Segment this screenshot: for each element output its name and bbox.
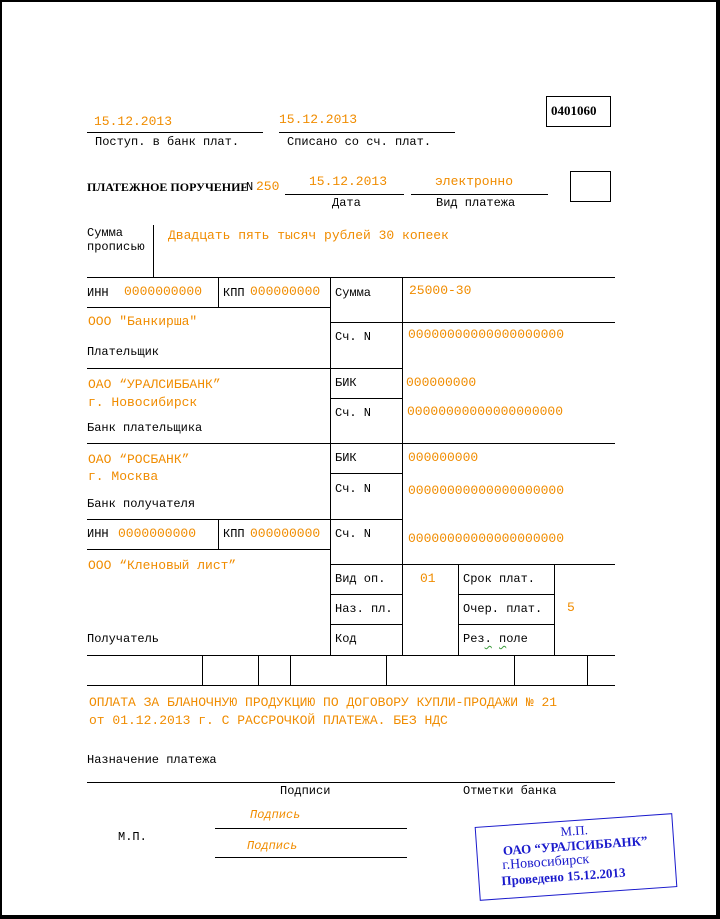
- payee-bank-city[interactable]: г. Москва: [88, 470, 158, 484]
- payer-account[interactable]: 00000000000000000000: [408, 328, 564, 342]
- payee-account-label: Сч. N: [335, 527, 371, 541]
- signature-line-2: [215, 857, 407, 858]
- purpose-code-label: Наз. пл.: [335, 602, 393, 616]
- payer-inn-row-bottom: [87, 307, 330, 308]
- payment-type-label: Вид платежа: [436, 196, 515, 210]
- payer-bank-bik[interactable]: 000000000: [406, 376, 476, 390]
- received-date-line: [87, 132, 263, 133]
- bank-marks-label: Отметки банка: [463, 784, 557, 798]
- payer-bank-account-label: Сч. N: [335, 406, 371, 420]
- tax-cell-divider-4: [386, 655, 387, 685]
- payer-bank-city[interactable]: г. Новосибирск: [88, 396, 197, 410]
- signatures-label: Подписи: [280, 784, 330, 798]
- payee-bank-account[interactable]: 00000000000000000000: [408, 484, 564, 498]
- payer-inn-kpp-divider: [218, 277, 219, 307]
- payer-kpp[interactable]: 000000000: [250, 285, 320, 299]
- frame-border-left: [0, 0, 2, 919]
- seal-label: М.П.: [118, 830, 147, 844]
- signature-line-1: [215, 828, 407, 829]
- payer-kpp-label: КПП: [223, 286, 245, 300]
- debited-date-line: [279, 132, 455, 133]
- tax-cell-divider-2: [258, 655, 259, 685]
- code-label: Код: [335, 632, 357, 646]
- debited-date[interactable]: 15.12.2013: [279, 113, 357, 127]
- payee-inn-row-bottom: [87, 549, 330, 550]
- table-col-divider-1: [330, 277, 331, 655]
- amount-words-value[interactable]: Двадцать пять тысяч рублей 30 копеек: [168, 229, 449, 243]
- tax-cell-divider-6: [587, 655, 588, 685]
- priority-row-bottom: [458, 624, 554, 625]
- payer-label: Плательщик: [87, 345, 159, 359]
- tax-row-bottom: [87, 685, 615, 686]
- table-col-divider-2: [402, 277, 403, 655]
- payee-bank-account-label: Сч. N: [335, 482, 371, 496]
- payee-bank-bik-bottom: [330, 473, 403, 474]
- payee-kpp-label: КПП: [223, 527, 245, 541]
- signatures-separator: [87, 782, 615, 783]
- payee-account-row-bottom: [330, 564, 615, 565]
- payment-type[interactable]: электронно: [435, 175, 513, 189]
- payer-account-label: Сч. N: [335, 330, 371, 344]
- payee-kpp[interactable]: 000000000: [250, 527, 320, 541]
- number-label: N: [246, 180, 253, 194]
- purpose-label: Назначение платежа: [87, 753, 217, 767]
- received-date-label: Поступ. в банк плат.: [95, 135, 239, 149]
- bank-stamp: М.П. ОАО “УРАЛСИББАНК” г.Новосибирск Про…: [475, 813, 678, 901]
- signature-2[interactable]: Подпись: [247, 839, 297, 853]
- purpose-line-1[interactable]: ОПЛАТА ЗА БЛАНОЧНУЮ ПРОДУКЦИЮ ПО ДОГОВОР…: [89, 696, 557, 710]
- payee-inn[interactable]: 0000000000: [118, 527, 196, 541]
- sum-label: Сумма: [335, 286, 371, 300]
- tax-cell-divider-1: [202, 655, 203, 685]
- payer-bank-name[interactable]: ОАО “УРАЛСИББАНК”: [88, 378, 221, 392]
- payee-inn-label: ИНН: [87, 527, 109, 541]
- debited-date-label: Списано со сч. плат.: [287, 135, 431, 149]
- purpose-line-2[interactable]: от 01.12.2013 г. С РАССРОЧКОЙ ПЛАТЕЖА. Б…: [89, 714, 448, 728]
- tax-cell-divider-5: [514, 655, 515, 685]
- signature-1[interactable]: Подпись: [250, 808, 300, 822]
- frame-border-right: [716, 0, 720, 919]
- op-type-label: Вид оп.: [335, 572, 385, 586]
- payment-order-document: 0401060 15.12.2013 Поступ. в банк плат. …: [0, 0, 720, 919]
- payer-bank-bik-bottom: [330, 398, 403, 399]
- codes-col-divider-1: [458, 564, 459, 655]
- document-number[interactable]: 250: [256, 180, 279, 194]
- received-date[interactable]: 15.12.2013: [94, 115, 172, 129]
- term-label: Срок плат.: [463, 572, 535, 586]
- frame-border-bottom: [0, 915, 720, 919]
- codes-row-bottom: [87, 655, 615, 656]
- table-line-top: [87, 277, 615, 278]
- term-row-bottom: [458, 594, 554, 595]
- op-type-row-bottom: [330, 594, 403, 595]
- amount-words-divider: [153, 225, 154, 277]
- priority-value[interactable]: 5: [567, 601, 575, 615]
- payee-bank-name[interactable]: ОАО “РОСБАНК”: [88, 453, 189, 467]
- payee-bank-label: Банк получателя: [87, 497, 195, 511]
- payer-row-bottom: [87, 368, 403, 369]
- empty-code-box: [570, 171, 611, 202]
- payee-bank-bik[interactable]: 000000000: [408, 451, 478, 465]
- payee-account[interactable]: 00000000000000000000: [408, 532, 564, 546]
- payer-name[interactable]: ООО "Банкирша": [88, 315, 197, 329]
- priority-label: Очер. плат.: [463, 602, 542, 616]
- amount-words-label-2: прописью: [87, 240, 145, 254]
- payer-bank-row-bottom: [87, 443, 615, 444]
- form-code: 0401060: [551, 104, 597, 118]
- payment-type-line: [411, 194, 548, 195]
- payee-bank-bik-label: БИК: [335, 451, 357, 465]
- payee-label: Получатель: [87, 632, 159, 646]
- payer-bank-label: Банк плательщика: [87, 421, 202, 435]
- payer-inn-label: ИНН: [87, 286, 109, 300]
- payee-name[interactable]: ООО “Кленовый лист”: [88, 559, 236, 573]
- date-label: Дата: [332, 196, 361, 210]
- payee-inn-kpp-divider: [218, 519, 219, 549]
- payer-bank-bik-label: БИК: [335, 376, 357, 390]
- sum-value[interactable]: 25000-30: [409, 284, 471, 298]
- codes-col-divider-2: [554, 564, 555, 655]
- amount-words-label-1: Сумма: [87, 226, 123, 240]
- payee-bank-row-bottom: [87, 519, 403, 520]
- frame-border-top: [0, 0, 720, 2]
- document-date[interactable]: 15.12.2013: [309, 175, 387, 189]
- reserve-label: Рез. поле: [463, 632, 528, 646]
- payer-inn[interactable]: 0000000000: [124, 285, 202, 299]
- purpose-code-row-bottom: [330, 624, 403, 625]
- document-title: ПЛАТЕЖНОЕ ПОРУЧЕНИЕ: [87, 180, 248, 194]
- tax-cell-divider-3: [290, 655, 291, 685]
- payer-bank-account[interactable]: 00000000000000000000: [407, 405, 563, 419]
- date-line: [285, 194, 404, 195]
- sum-row-bottom: [330, 322, 615, 323]
- op-type-value[interactable]: 01: [420, 572, 436, 586]
